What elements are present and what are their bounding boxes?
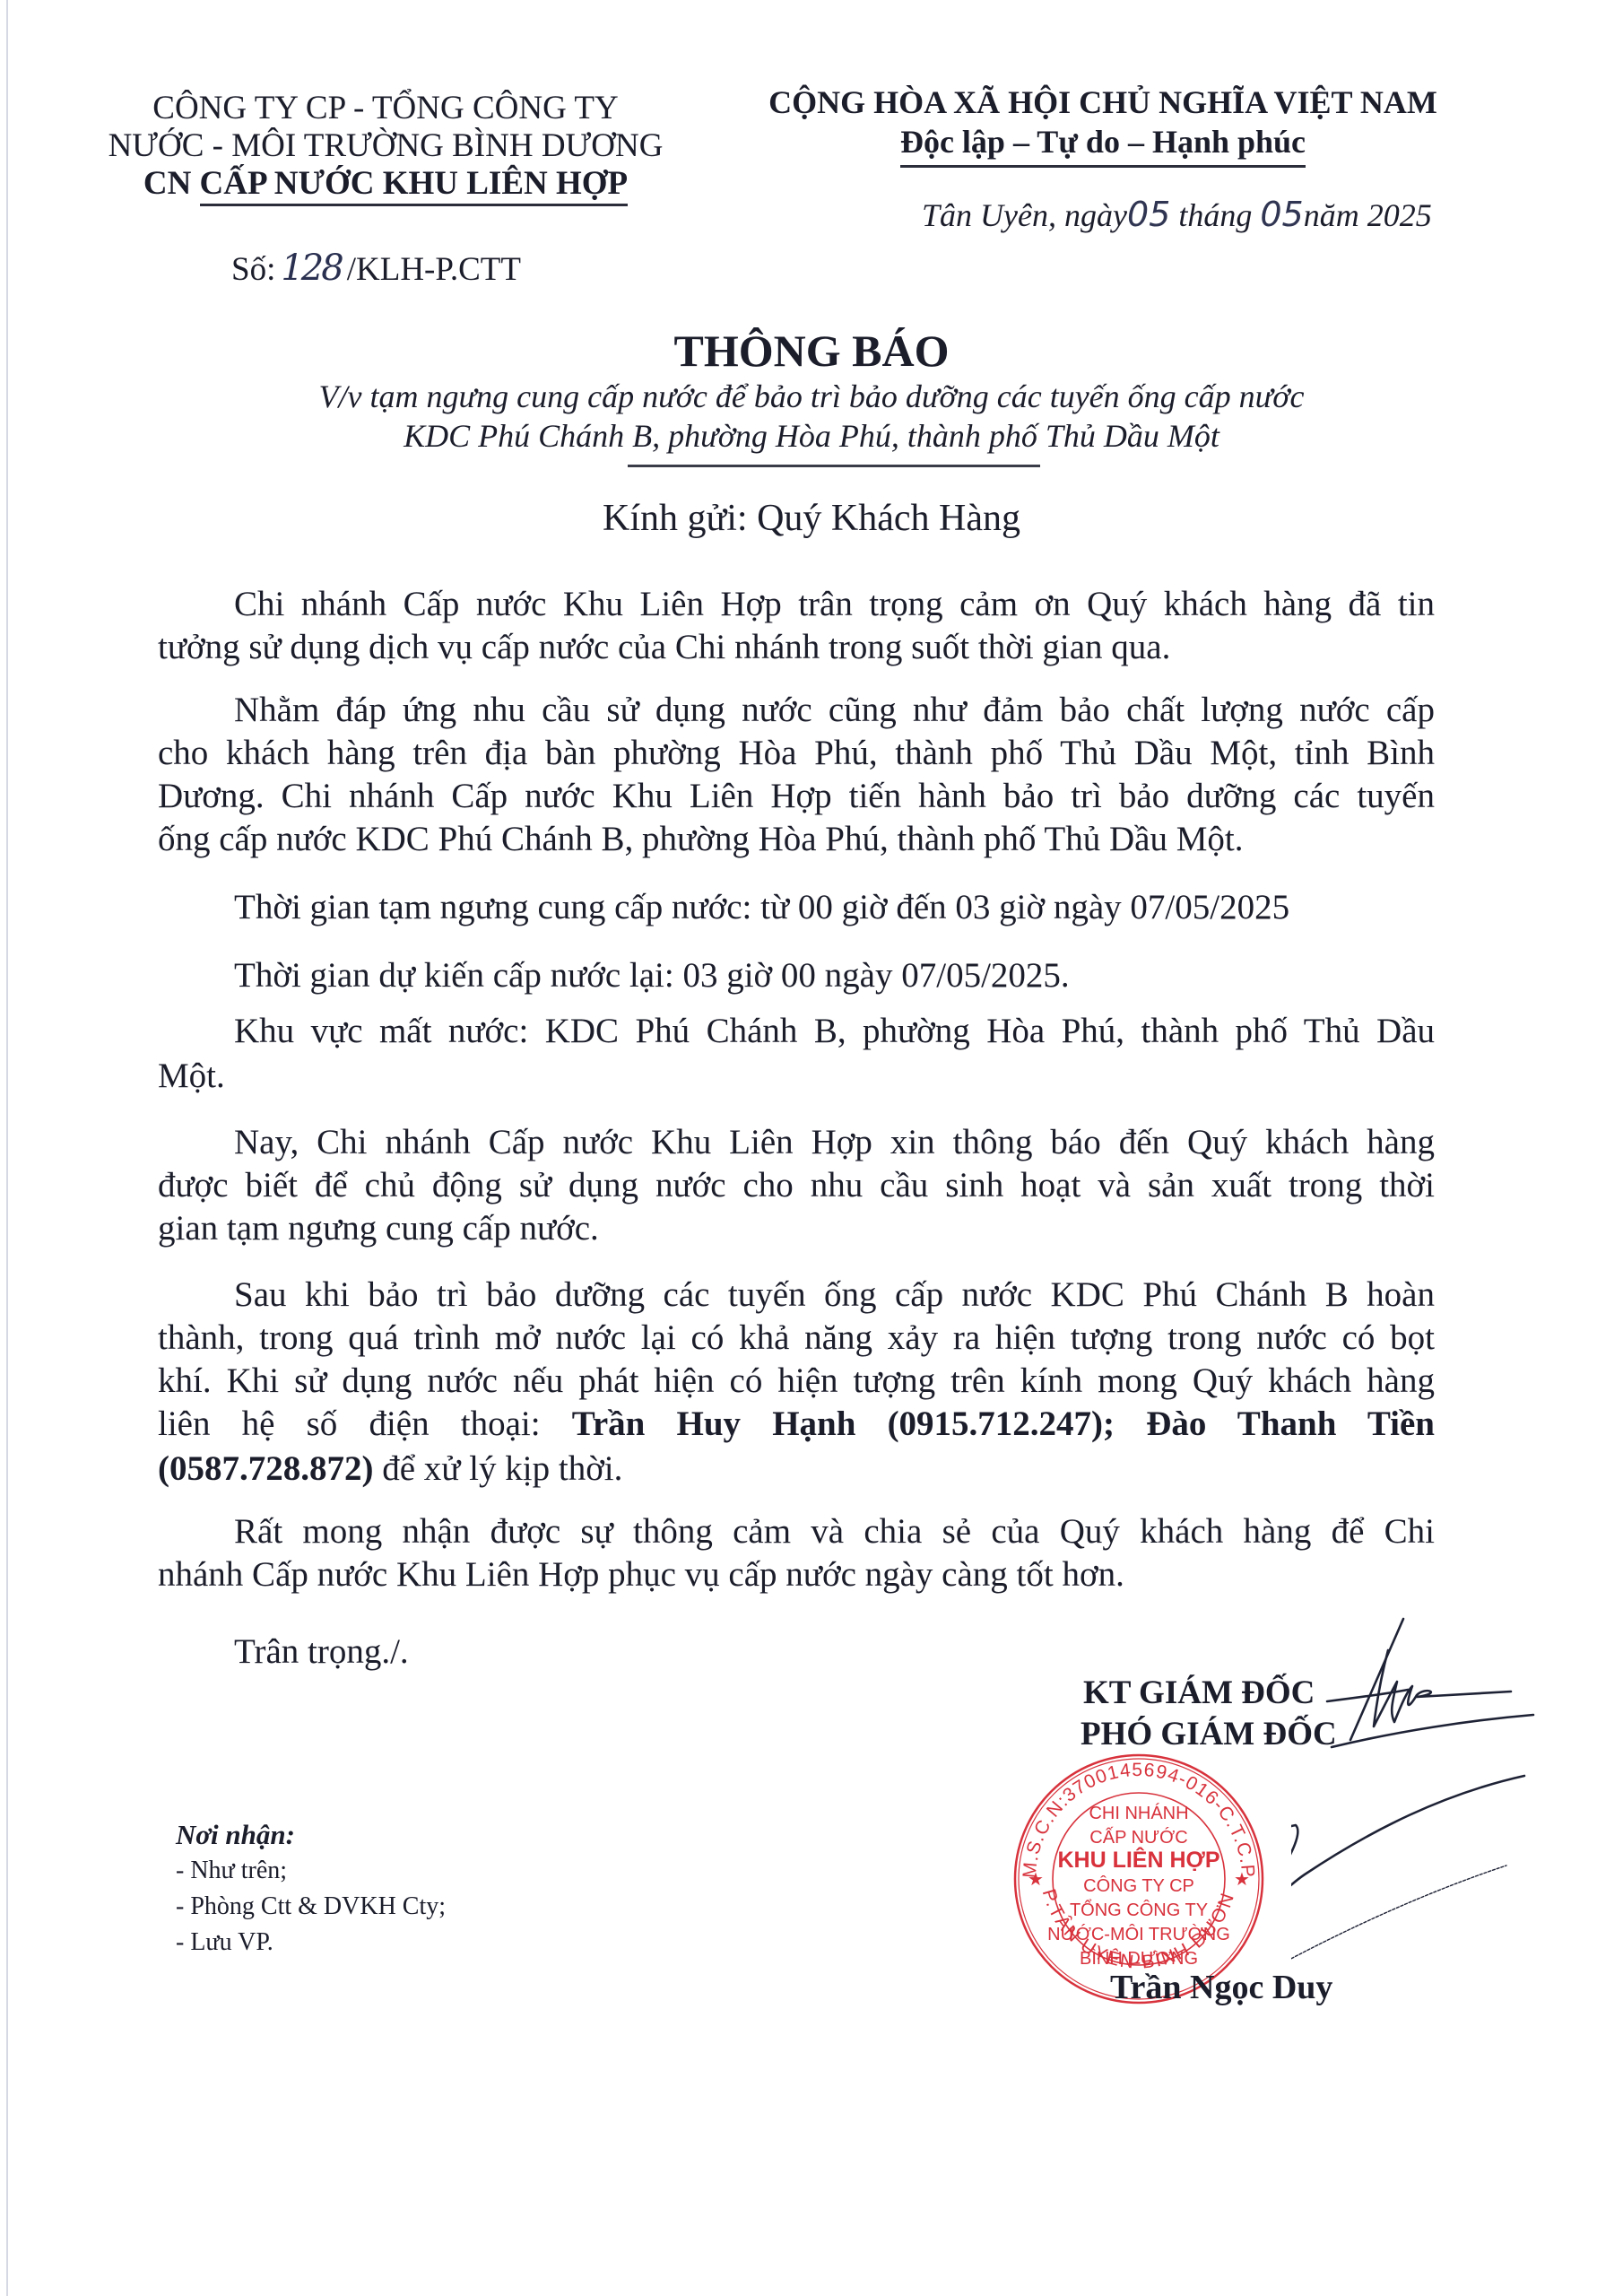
- body-paragraph-2-line: Nhằm đáp ứng nhu cầu sử dụng nước cũng n…: [234, 689, 1435, 732]
- svg-text:★: ★: [1234, 1870, 1250, 1890]
- issue-date: Tân Uyên, ngày05 tháng 05năm 2025: [922, 195, 1432, 234]
- resume-time: Thời gian dự kiến cấp nước lại: 03 giờ 0…: [234, 954, 1435, 997]
- recipient-item: - Lưu VP.: [176, 1925, 446, 1961]
- body-paragraph-6-line: Rất mong nhận được sự thông cảm và chia …: [234, 1510, 1435, 1553]
- document-number-handwritten: 128: [281, 248, 341, 289]
- contact-suffix: để xử lý kịp thời.: [373, 1449, 622, 1488]
- contact-line-2: (0587.728.872) để xử lý kịp thời.: [158, 1448, 1435, 1491]
- suspension-time: Thời gian tạm ngưng cung cấp nước: từ 00…: [234, 886, 1435, 929]
- salutation: Kính gửi: Quý Khách Hàng: [0, 497, 1623, 540]
- contact-phone-2: (0587.728.872): [158, 1449, 373, 1488]
- subject-line-2: KDC Phú Chánh B, phường Hòa Phú, thành p…: [0, 416, 1623, 456]
- body-paragraph-5-line: thành, trong quá trình mở nước lại có kh…: [158, 1317, 1435, 1360]
- issuer-branch-underlined: CẤP NƯỚC KHU LIÊN HỢP: [200, 165, 629, 206]
- recipients-heading: Nơi nhận:: [176, 1817, 446, 1853]
- svg-text:CHI NHÁNH: CHI NHÁNH: [1089, 1803, 1188, 1823]
- body-paragraph-2-line: ống cấp nước KDC Phú Chánh B, phường Hòa…: [158, 818, 1435, 861]
- date-month-handwritten: 05: [1260, 195, 1303, 234]
- contact-line: liên hệ số điện thoại: Trần Huy Hạnh (09…: [158, 1403, 1435, 1446]
- body-paragraph-1-line: tưởng sử dụng dịch vụ cấp nước của Chi n…: [158, 626, 1435, 669]
- closing: Trân trọng./.: [234, 1631, 1435, 1674]
- national-motto: Độc lập – Tự do – Hạnh phúc: [900, 122, 1306, 168]
- affected-area-line: Khu vực mất nước: KDC Phú Chánh B, phườn…: [234, 1010, 1435, 1053]
- subject-divider: [628, 465, 1040, 467]
- document-title: THÔNG BÁO: [0, 325, 1623, 377]
- svg-text:KHU LIÊN HỢP: KHU LIÊN HỢP: [1057, 1846, 1219, 1873]
- body-paragraph-2-line: Dương. Chi nhánh Cấp nước Khu Liên Hợp t…: [158, 775, 1435, 818]
- body-paragraph-4-line: gian tạm ngưng cung cấp nước.: [158, 1207, 1435, 1250]
- issuer-branch-name: CN CẤP NƯỚC KHU LIÊN HỢP: [90, 165, 681, 203]
- subject-line-1: V/v tạm ngưng cung cấp nước để bảo trì b…: [0, 377, 1623, 416]
- signer-name: Trần Ngọc Duy: [1110, 1968, 1332, 2007]
- document-number: Số:128/KLH-P.CTT: [231, 248, 521, 289]
- recipient-item: - Phòng Ctt & DVKH Cty;: [176, 1889, 446, 1925]
- document-number-suffix: /KLH-P.CTT: [347, 251, 521, 288]
- affected-area-line: Một.: [158, 1055, 1435, 1098]
- body-paragraph-5-line: Sau khi bảo trì bảo dưỡng các tuyến ống …: [234, 1274, 1435, 1317]
- issuer-parent-company-line2: NƯỚC - MÔI TRƯỜNG BÌNH DƯƠNG: [90, 127, 681, 165]
- signature-title-deputy: PHÓ GIÁM ĐỐC: [1081, 1715, 1337, 1753]
- recipient-item: - Như trên;: [176, 1853, 446, 1889]
- body-paragraph-4-line: Nay, Chi nhánh Cấp nước Khu Liên Hợp xin…: [234, 1121, 1435, 1164]
- document-subject: V/v tạm ngưng cung cấp nước để bảo trì b…: [0, 377, 1623, 456]
- body-paragraph-4-line: được biết để chủ động sử dụng nước cho n…: [158, 1164, 1435, 1207]
- body-paragraph-1-line: Chi nhánh Cấp nước Khu Liên Hợp trân trọ…: [234, 583, 1435, 626]
- document-number-label: Số:: [231, 251, 275, 288]
- date-year: năm 2025: [1304, 197, 1432, 233]
- issuer-parent-company-line1: CÔNG TY CP - TỔNG CÔNG TY: [90, 90, 681, 127]
- body-paragraph-2-line: cho khách hàng trên địa bàn phường Hòa P…: [158, 732, 1435, 775]
- national-header: CỘNG HÒA XÃ HỘI CHỦ NGHĨA VIỆT NAM Độc l…: [717, 83, 1488, 168]
- svg-text:NƯỚC-MÔI TRƯỜNG: NƯỚC-MÔI TRƯỜNG: [1047, 1924, 1230, 1944]
- body-paragraph-5-line: khí. Khi sử dụng nước nếu phát hiện có h…: [158, 1360, 1435, 1403]
- contact-persons: Trần Huy Hạnh (0915.712.247); Đào Thanh …: [572, 1405, 1435, 1443]
- svg-text:CÔNG TY CP: CÔNG TY CP: [1083, 1875, 1194, 1896]
- date-month-label: tháng: [1170, 197, 1260, 233]
- signature-title-acting: KT GIÁM ĐỐC: [1083, 1674, 1315, 1712]
- contact-label: liên hệ số điện thoại:: [158, 1405, 572, 1443]
- date-place: Tân Uyên, ngày: [922, 197, 1127, 233]
- svg-text:CẤP NƯỚC: CẤP NƯỚC: [1089, 1827, 1187, 1848]
- body-paragraph-6-line: nhánh Cấp nước Khu Liên Hợp phục vụ cấp …: [158, 1553, 1435, 1596]
- svg-text:TỔNG CÔNG TY: TỔNG CÔNG TY: [1070, 1899, 1208, 1920]
- handwritten-signature: [1291, 1614, 1560, 2027]
- svg-text:BÌNH DƯƠNG: BÌNH DƯƠNG: [1080, 1948, 1198, 1969]
- issuer-header: CÔNG TY CP - TỔNG CÔNG TY NƯỚC - MÔI TRƯ…: [90, 90, 681, 203]
- recipients-list: Nơi nhận: - Như trên; - Phòng Ctt & DVKH…: [176, 1817, 446, 1961]
- date-day-handwritten: 05: [1127, 195, 1170, 234]
- svg-text:★: ★: [1028, 1870, 1044, 1890]
- issuer-branch-prefix: CN: [143, 165, 200, 202]
- national-title: CỘNG HÒA XÃ HỘI CHỦ NGHĨA VIỆT NAM: [717, 83, 1488, 122]
